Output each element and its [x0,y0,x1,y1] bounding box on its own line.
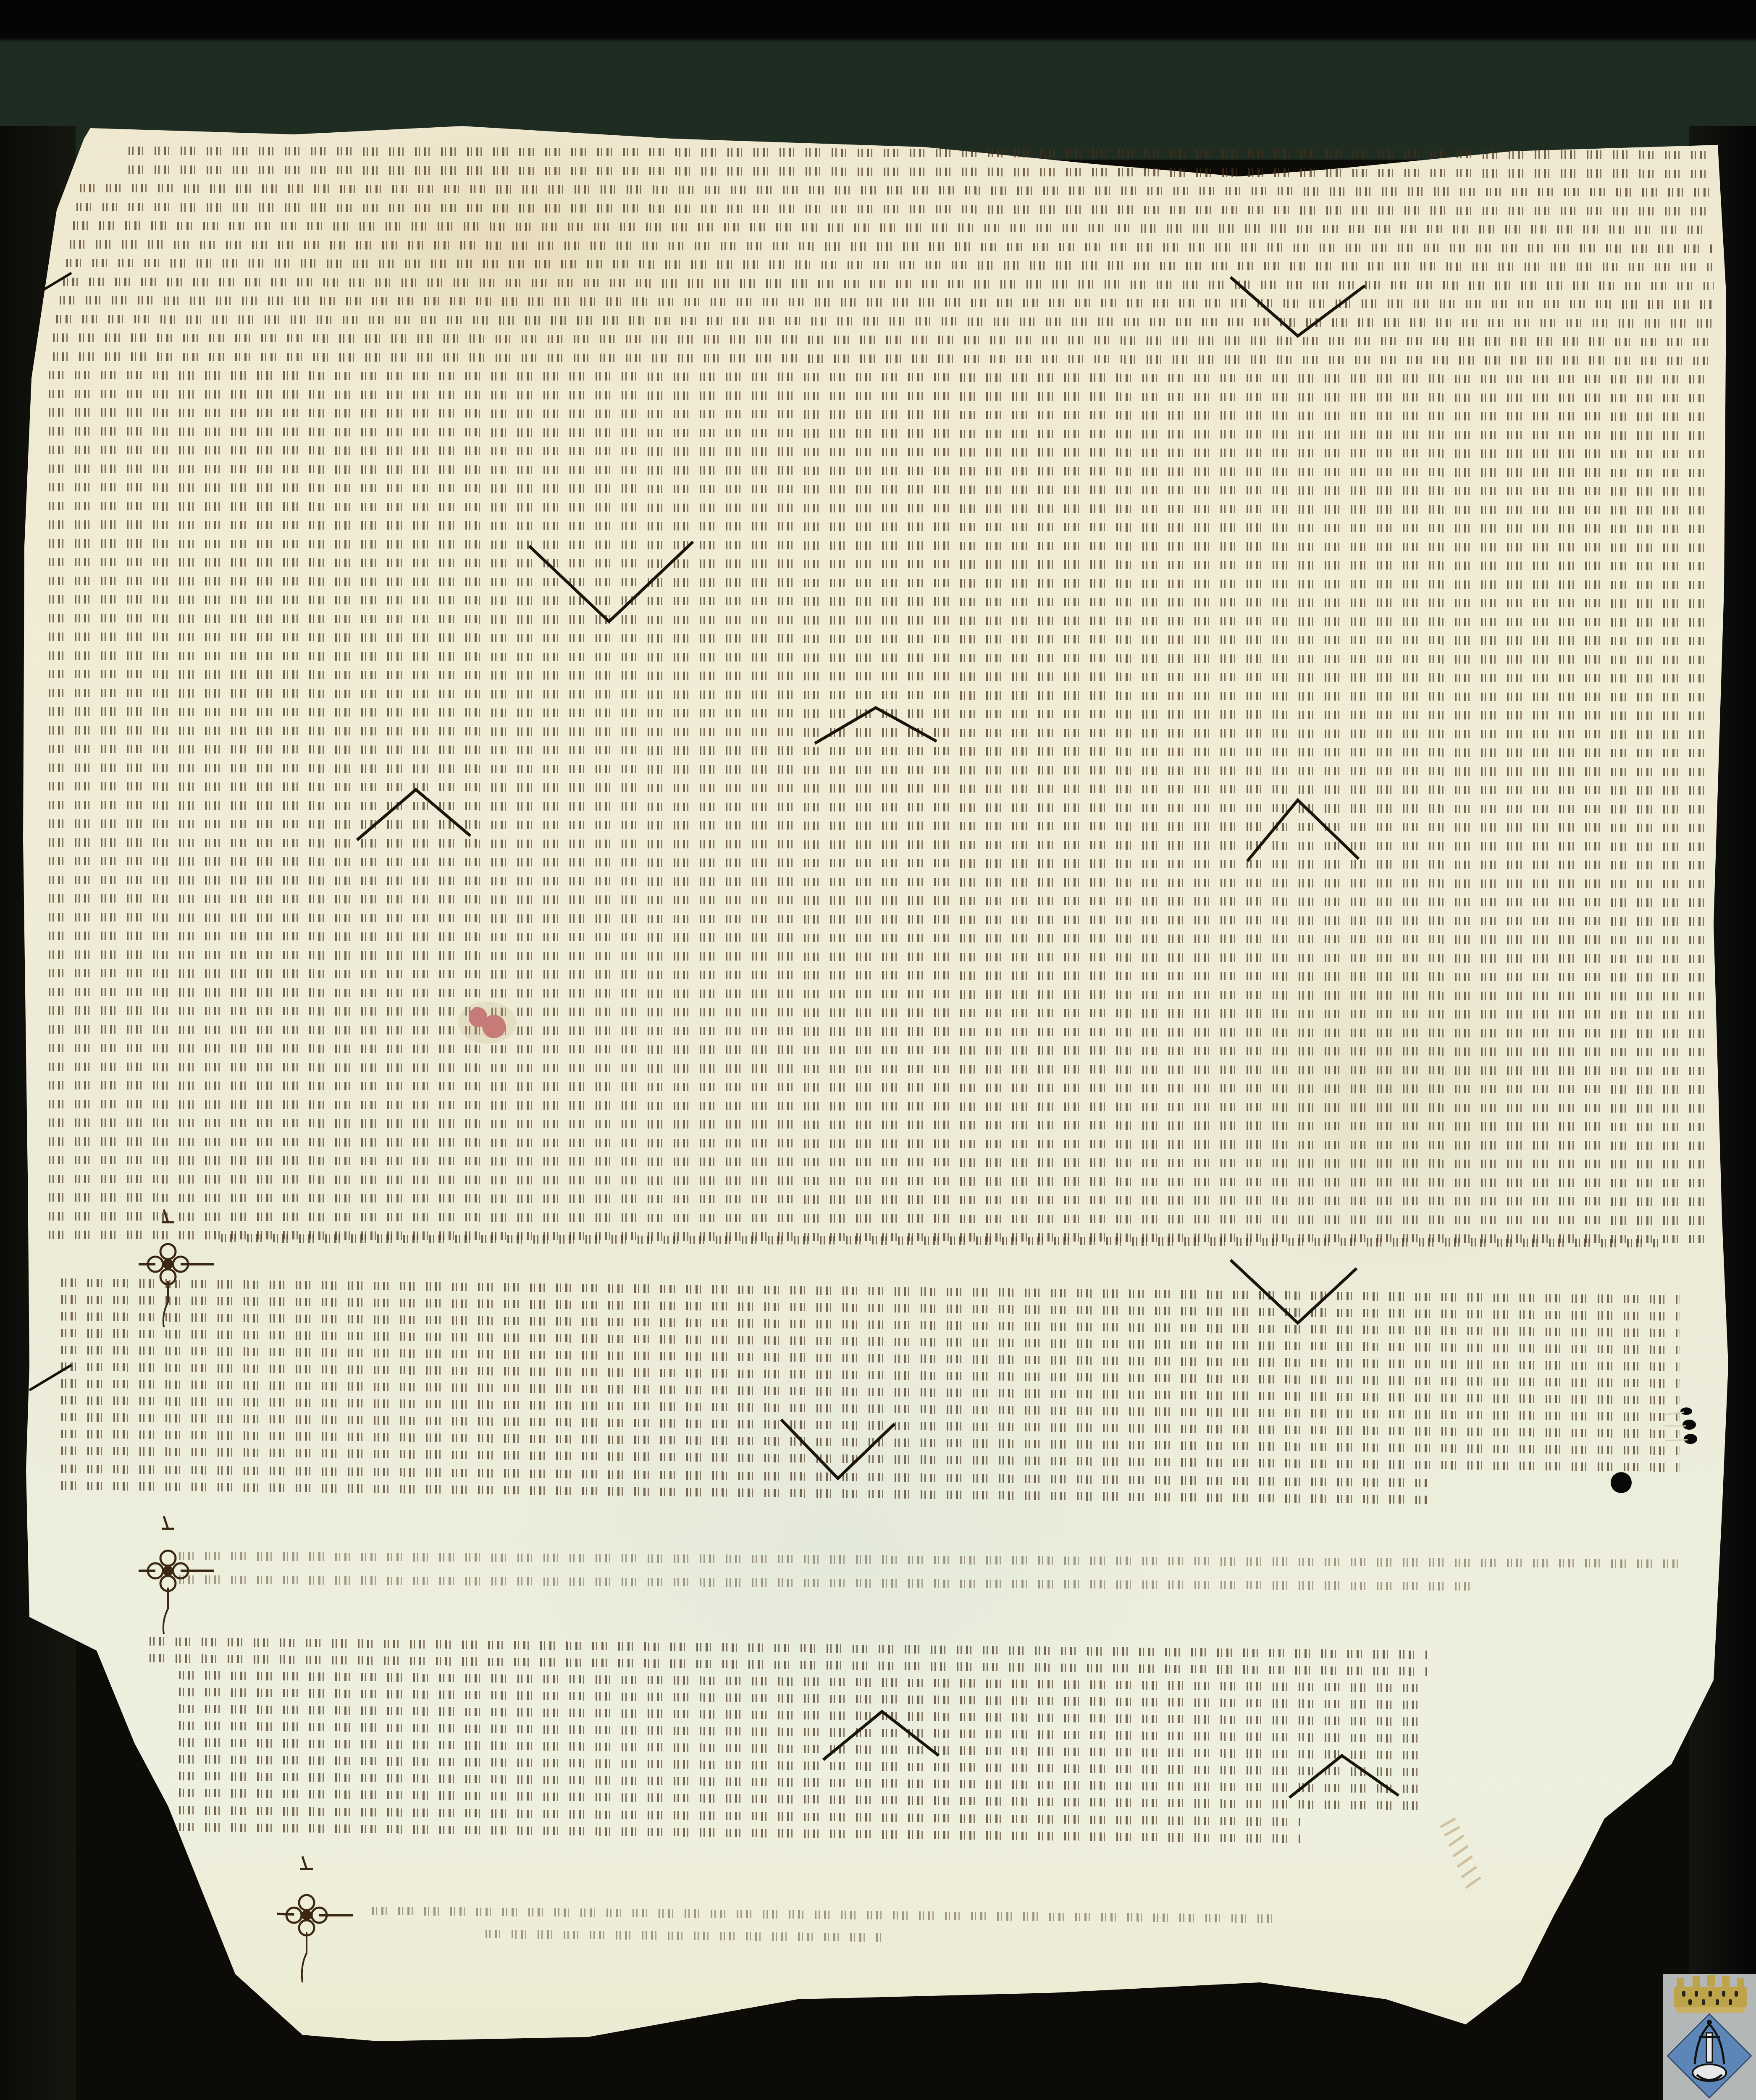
notary-caption-2 [176,1570,1470,1595]
v-cut-9-inverted [1285,1751,1403,1803]
v-cut-5-inverted [349,785,475,846]
manuscript-text [0,0,1756,2100]
v-cut-4-inverted [1239,798,1365,867]
notary-sign-icon-3 [277,1852,361,2003]
stitched-repair [1436,1810,1499,1896]
notary-caption-2 [176,1546,1680,1572]
v-cut-6 [1226,1256,1361,1333]
municipal-coat-of-arms [1663,1974,1756,2100]
v-cut-3-inverted [806,689,932,749]
stitch-holes-right [1663,1403,1714,1455]
hole [1609,1470,1634,1497]
v-cut-8-inverted [819,1705,945,1766]
notary-caption-3 [370,1901,1281,1927]
notary-sign-icon-1 [139,1205,223,1357]
notary-caption-3 [483,1924,882,1946]
v-cut-2 [525,538,701,640]
v-cut-7 [777,1415,903,1488]
v-cut-1 [1226,273,1378,359]
cut-mark-left-2 [25,1361,76,1396]
cut-mark-left-1 [25,269,76,304]
seal-trace [458,1000,517,1046]
notary-sign-icon-2 [139,1512,223,1663]
